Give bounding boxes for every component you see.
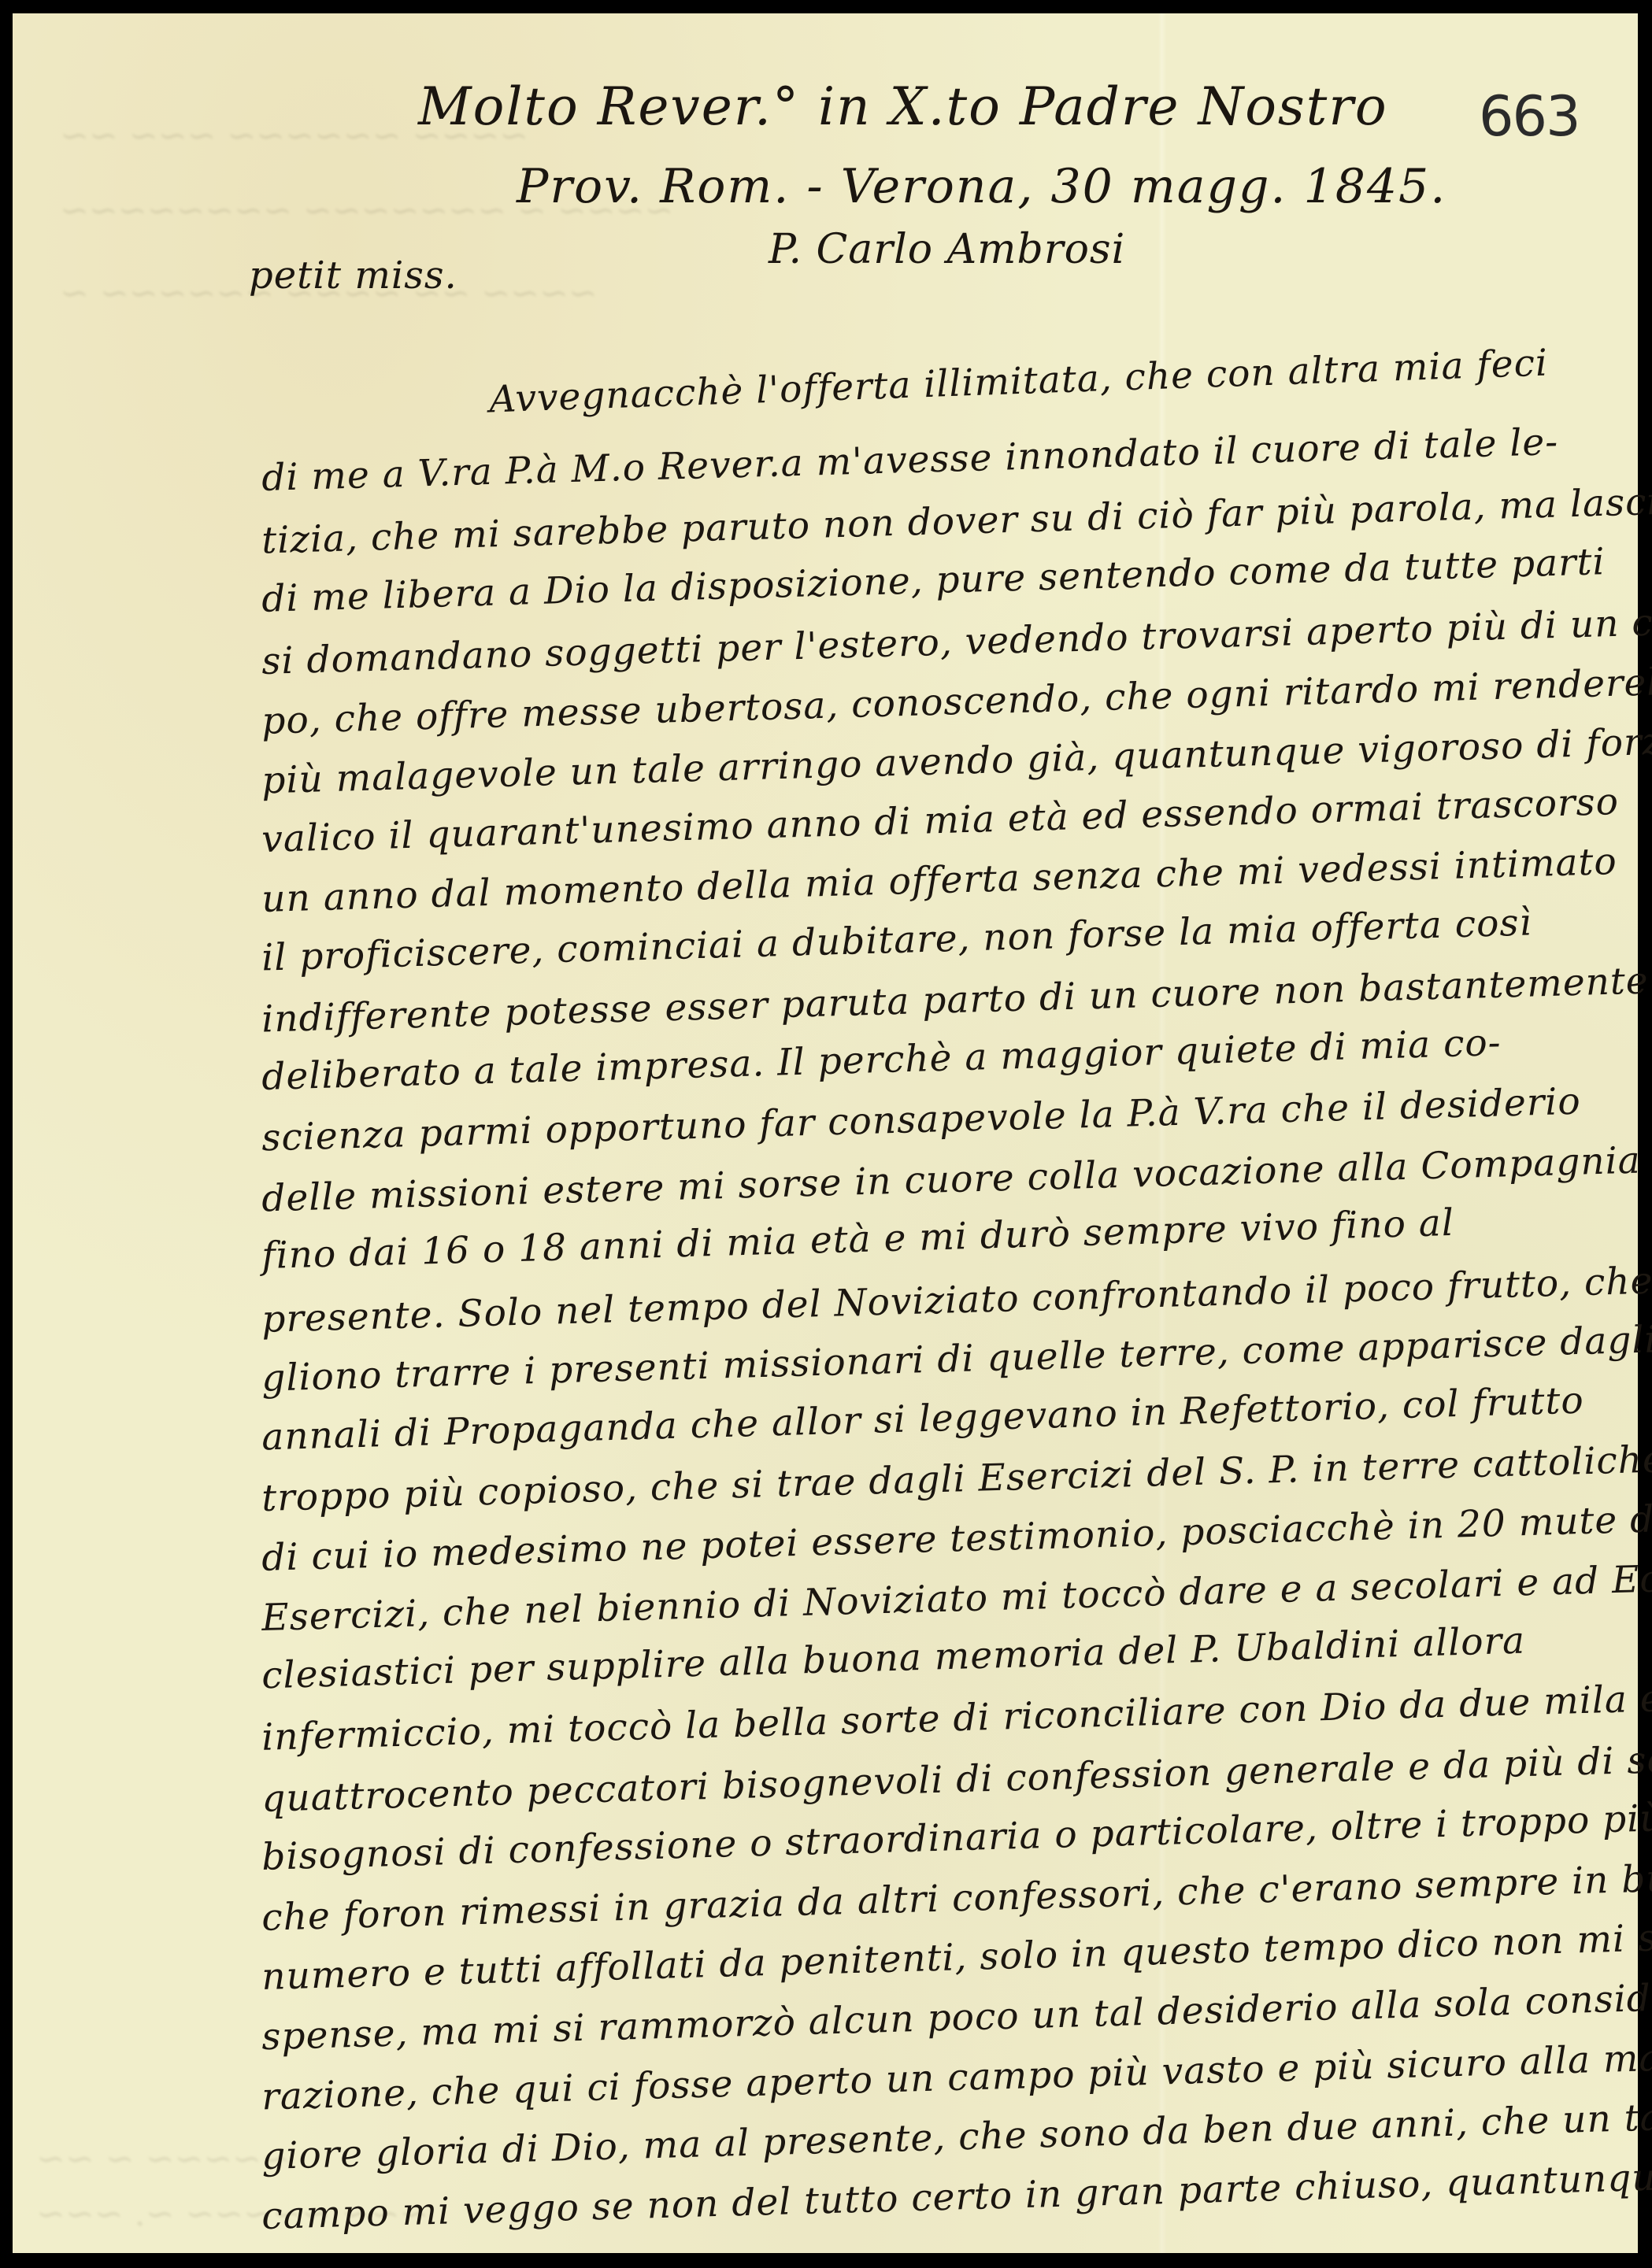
folio-number: 663 xyxy=(1479,84,1580,149)
sender-name: P. Carlo Ambrosi xyxy=(769,226,1125,273)
bleed-through-texture: ~~~~~ ~ ~~ xyxy=(36,2139,291,2179)
letter-page: ~~~~ ~~~~~~ ~~~ ~~ ~~~~ ~ ~~~~~~~ ~~~~~~… xyxy=(13,13,1638,2253)
body-line: Avvegnacchè l'offerta illimitata, che co… xyxy=(488,342,1548,422)
salutation: Molto Rever.° in X.to Padre Nostro xyxy=(418,76,1388,137)
margin-note: petit miss. xyxy=(249,253,457,298)
place-date: Prov. Rom. - Verona, 30 magg. 1845. xyxy=(517,159,1446,214)
